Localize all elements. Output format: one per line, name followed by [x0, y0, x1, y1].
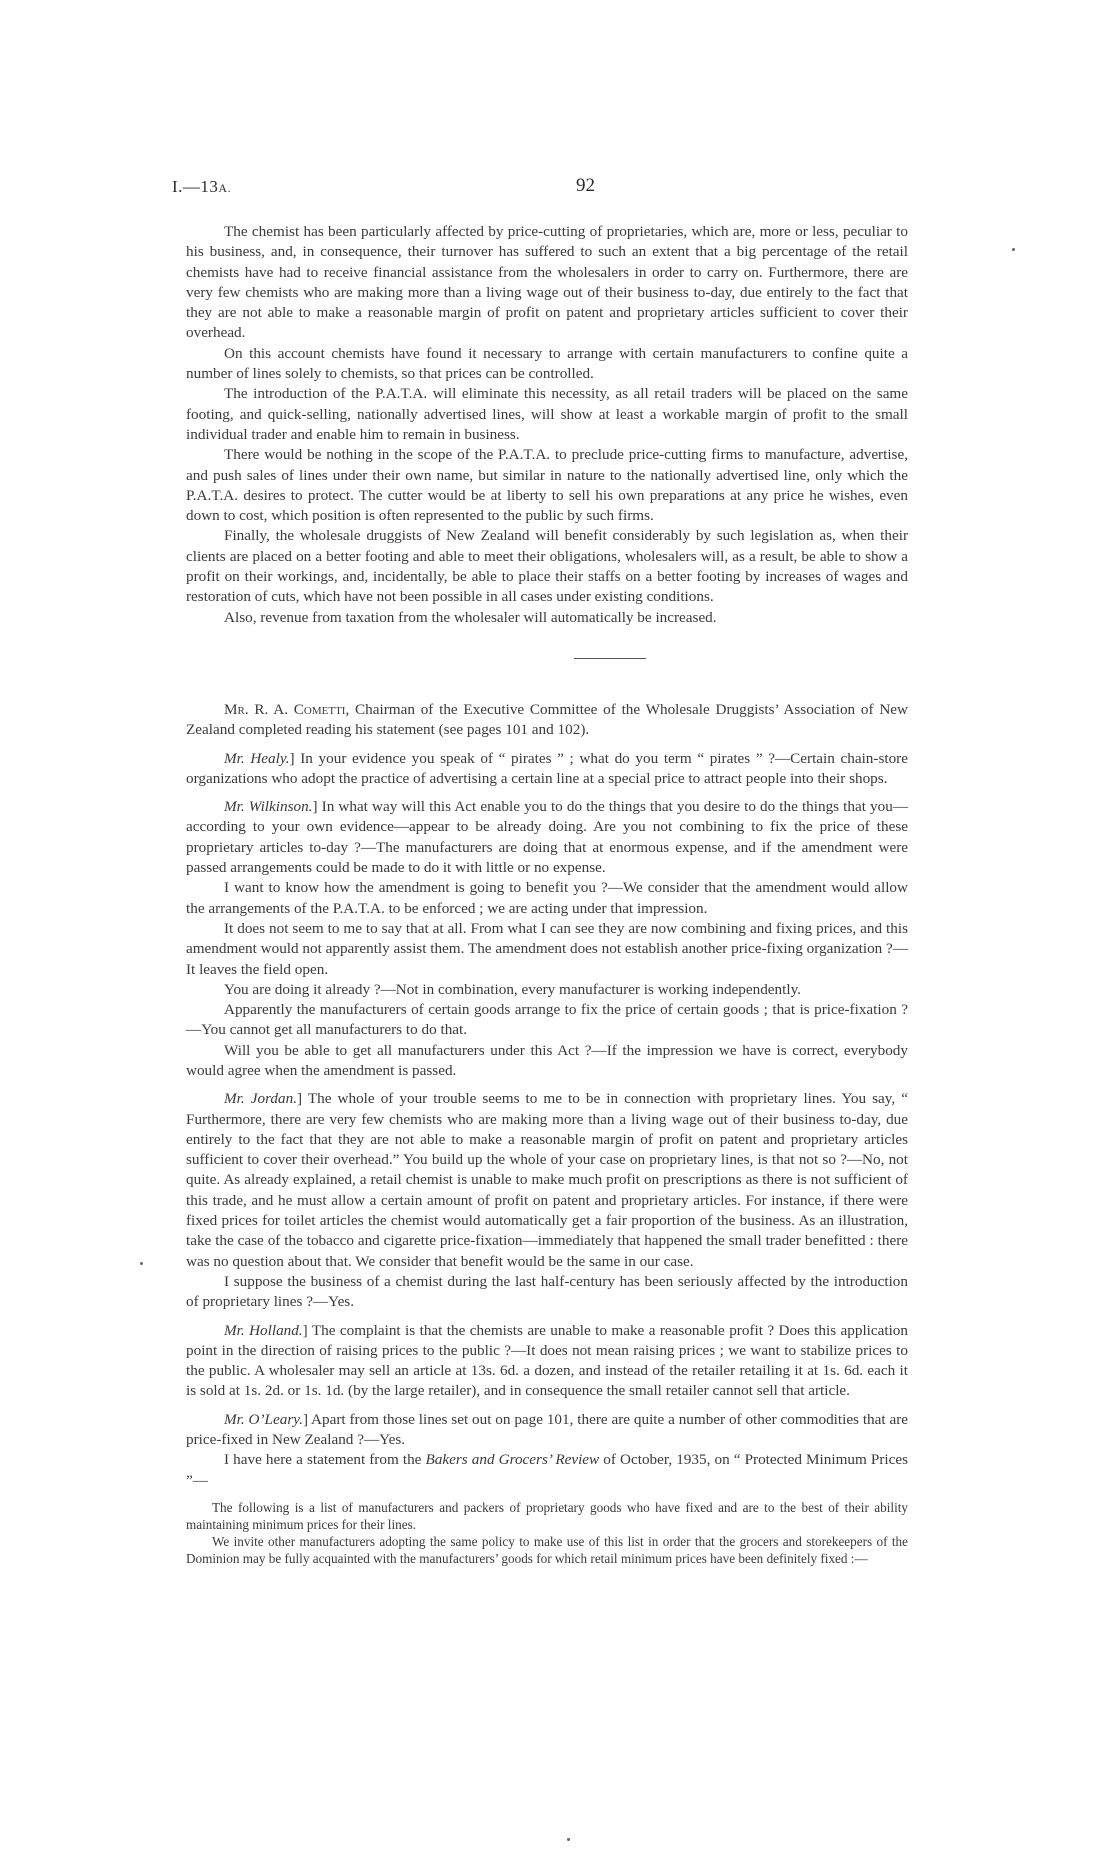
- question-oleary: Mr. O’Leary.] Apart from those lines set…: [186, 1410, 908, 1451]
- speaker-name: Mr. O’Leary.: [224, 1411, 303, 1428]
- speaker-name: Mr. Jordan.: [224, 1090, 297, 1107]
- followup-text: I have here a statement from the: [224, 1451, 426, 1468]
- paragraph: The chemist has been particularly affect…: [186, 222, 908, 344]
- question-text: ] In your evidence you speak of “ pirate…: [186, 750, 908, 787]
- section-divider: [186, 628, 908, 700]
- paragraph: Finally, the wholesale druggists of New …: [186, 526, 908, 607]
- question-healy: Mr. Healy.] In your evidence you speak o…: [186, 749, 908, 790]
- followup-question: It does not seem to me to say that at al…: [186, 919, 908, 980]
- question-text: ] The whole of your trouble seems to me …: [186, 1090, 908, 1269]
- page-number: 92: [576, 175, 595, 197]
- followup-question: I want to know how the amendment is goin…: [186, 878, 908, 919]
- question-wilkinson: Mr. Wilkinson.] In what way will this Ac…: [186, 797, 908, 878]
- quoted-statement: The following is a list of manufacturers…: [186, 1499, 908, 1567]
- paragraph: There would be nothing in the scope of t…: [186, 445, 908, 526]
- followup-question: Apparently the manufacturers of certain …: [186, 1000, 908, 1041]
- scan-speck: [1012, 248, 1015, 251]
- evidence-section: Mr. R. A. Cometti, Chairman of the Execu…: [186, 700, 908, 1567]
- quote-paragraph: The following is a list of manufacturers…: [186, 1499, 908, 1533]
- reference-main: I.—13: [172, 177, 218, 196]
- paragraph: On this account chemists have found it n…: [186, 344, 908, 385]
- witness-intro: Mr. R. A. Cometti, Chairman of the Execu…: [186, 700, 908, 741]
- scan-speck: [567, 1838, 570, 1841]
- speaker-name: Mr. Wilkinson.: [224, 798, 312, 815]
- speaker-name: Mr. Healy.: [224, 750, 290, 767]
- body-text: The chemist has been particularly affect…: [186, 222, 908, 1567]
- quote-paragraph: We invite other manufacturers adopting t…: [186, 1533, 908, 1567]
- page-header: I.—13A. 92: [186, 177, 908, 203]
- question-holland: Mr. Holland.] The complaint is that the …: [186, 1321, 908, 1402]
- document-reference: I.—13A.: [172, 177, 231, 197]
- chemist-statement-section: The chemist has been particularly affect…: [186, 222, 908, 628]
- paragraph: Also, revenue from taxation from the who…: [186, 608, 908, 628]
- followup-question: You are doing it already ?—Not in combin…: [186, 980, 908, 1000]
- publication-title: Bakers and Grocers’ Review: [426, 1451, 600, 1468]
- followup-question: I have here a statement from the Bakers …: [186, 1450, 908, 1491]
- paragraph: The introduction of the P.A.T.A. will el…: [186, 384, 908, 445]
- witness-name: Mr. R. A. Cometti: [224, 701, 345, 718]
- speaker-name: Mr. Holland.: [224, 1322, 303, 1339]
- reference-suffix: A.: [218, 181, 231, 195]
- scan-speck: [140, 1262, 143, 1265]
- question-jordan: Mr. Jordan.] The whole of your trouble s…: [186, 1089, 908, 1272]
- divider-rule: [574, 658, 646, 659]
- followup-question: I suppose the business of a chemist duri…: [186, 1272, 908, 1313]
- followup-question: Will you be able to get all manufacturer…: [186, 1041, 908, 1082]
